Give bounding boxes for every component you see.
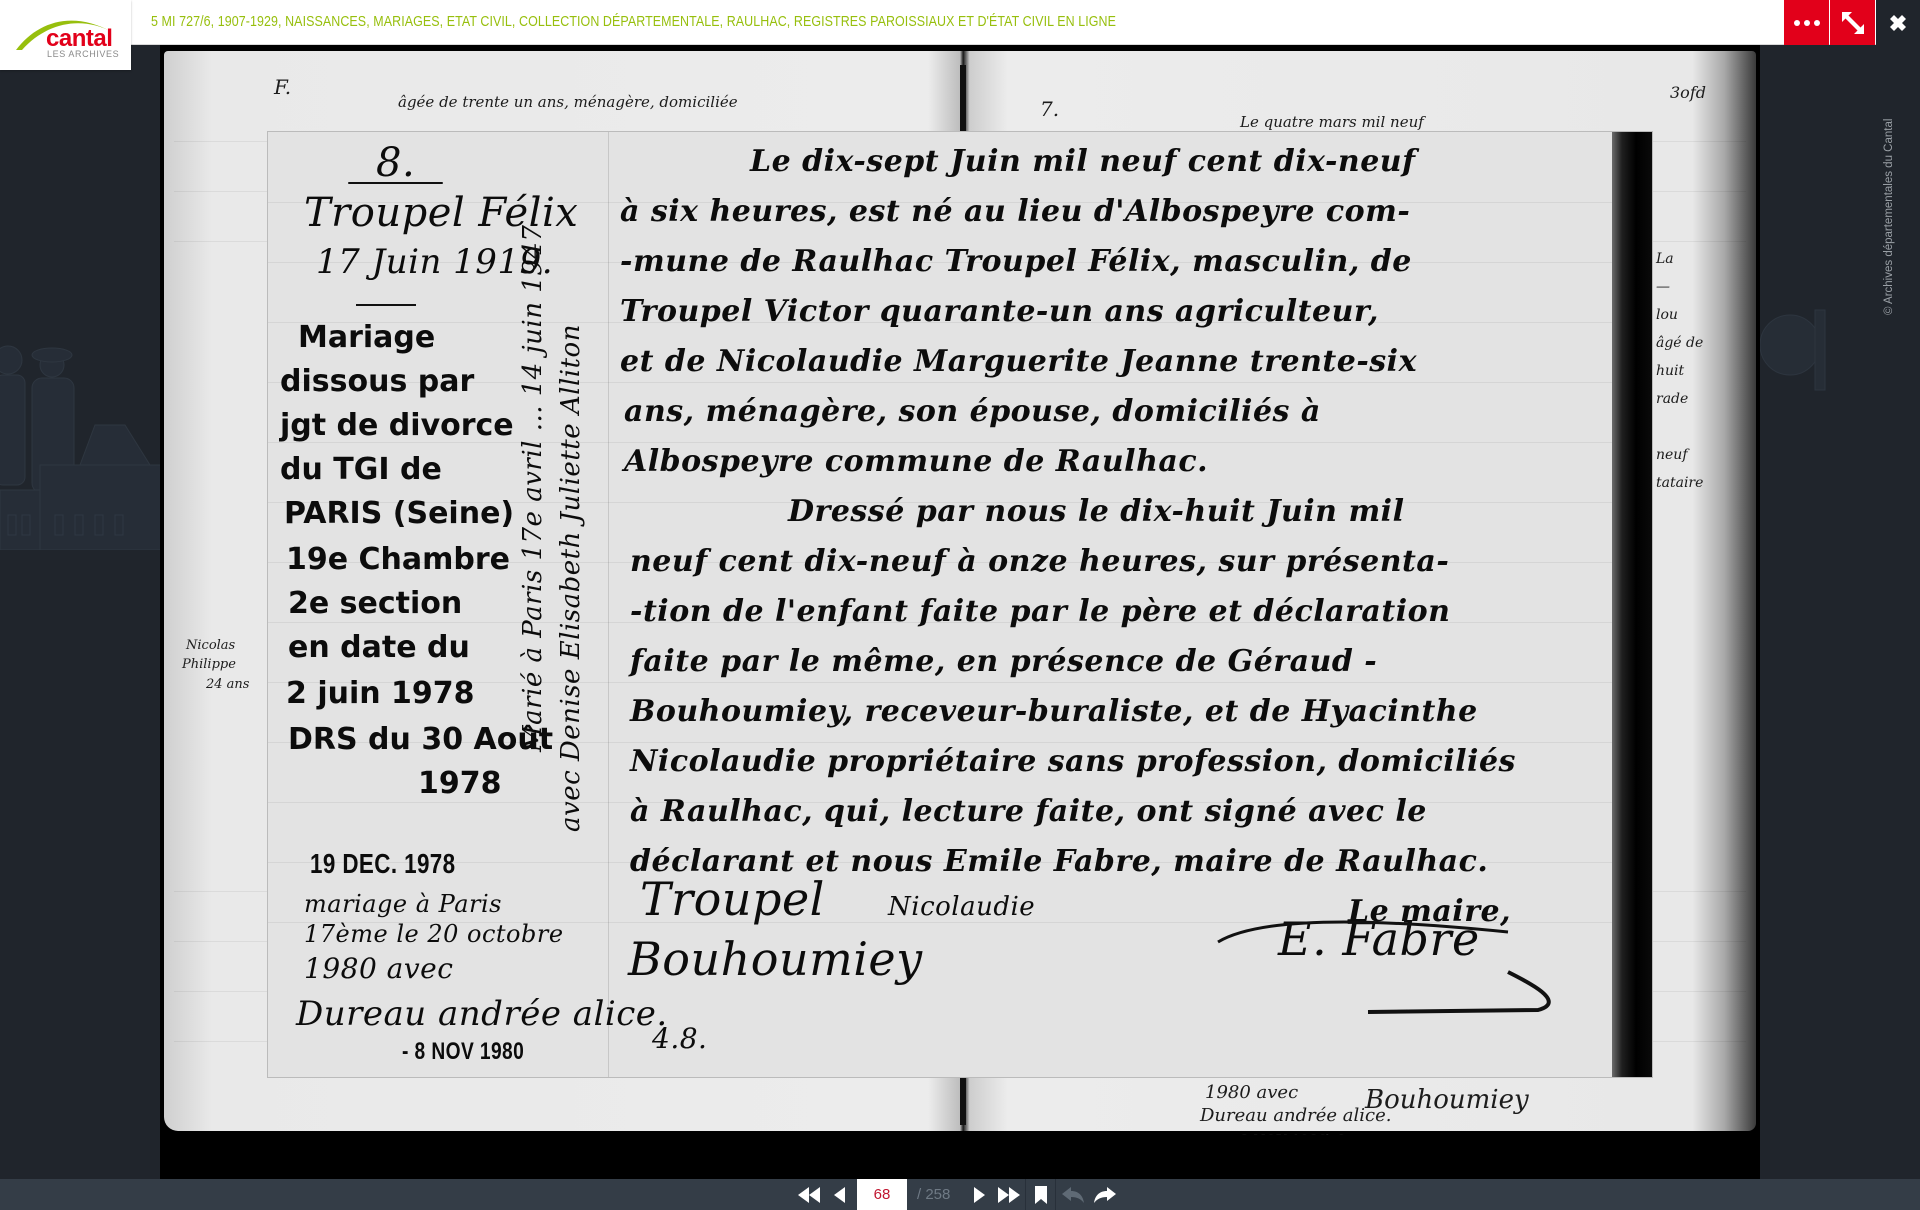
zoomed-act-crop[interactable]: 8. Troupel Félix 17 Juin 1919. Mariage d…: [268, 132, 1652, 1077]
marriage-note-line: 17ème le 20 octobre: [304, 920, 564, 948]
act-number: 8.: [376, 140, 415, 186]
margin-note: 24 ans: [206, 677, 249, 692]
margin-note-line: 19e Chambre: [286, 542, 510, 577]
act-body-line: neuf cent dix-neuf à onze heures, sur pr…: [630, 544, 1449, 579]
act-body-line: Le dix-sept Juin mil neuf cent dix-neuf: [750, 144, 1416, 179]
signature-flourish: [1208, 902, 1588, 1022]
first-page-icon: [798, 1187, 820, 1203]
act-body-line: Albospeyre commune de Raulhac.: [624, 444, 1208, 479]
bookmark-button[interactable]: [1030, 1179, 1052, 1210]
page-navigation-toolbar: / 258: [0, 1179, 1920, 1210]
page-mark: 3ofd: [1670, 83, 1706, 102]
archive-viewer: 5 MI 727/6, 1907-1929, NAISSANCES, MARIA…: [0, 0, 1920, 1210]
margin-note: Nicolas: [186, 638, 235, 653]
previous-page-button[interactable]: [828, 1179, 850, 1210]
margin-note-line: Mariage: [298, 320, 435, 355]
last-page-button[interactable]: [995, 1179, 1023, 1210]
close-button[interactable]: [1876, 0, 1920, 45]
signature: Bouhoumiey: [628, 932, 923, 986]
logo-subtitle: LES ARCHIVES: [47, 50, 119, 59]
act-body-line: Dressé par nous le dix-huit Juin mil: [788, 494, 1404, 529]
close-icon: [1886, 11, 1910, 35]
marriage-note-line: mariage à Paris: [304, 890, 502, 918]
date-stamp: 19 DEC. 1978: [310, 848, 456, 880]
undo-icon: [1062, 1187, 1084, 1203]
first-page-button[interactable]: [795, 1179, 823, 1210]
right-page-number: 7.: [1040, 97, 1059, 121]
bottom-note: 1980 avec: [1205, 1082, 1298, 1103]
vertical-margin-note: Marié à Paris 17e avril ... 14 juin 1947: [518, 225, 548, 752]
margin-note-line: PARIS (Seine): [284, 496, 514, 531]
crop-page-edge: [1612, 132, 1652, 1077]
background-illustration: [0, 320, 165, 550]
signature: Nicolaudie: [888, 892, 1035, 922]
act-body-line: -tion de l'enfant faite par le père et d…: [630, 594, 1450, 629]
margin-rule: [608, 132, 609, 1077]
signature: Troupel: [640, 872, 825, 926]
vertical-margin-note: avec Denise Elisabeth Juliette Alliton: [556, 324, 586, 832]
more-options-button[interactable]: [1784, 0, 1829, 45]
margin-note-line: 2 juin 1978: [286, 676, 475, 711]
date-stamp: - 8 NOV 1980: [402, 1038, 524, 1066]
last-page-icon: [998, 1187, 1020, 1203]
divider: [356, 304, 416, 306]
bottom-note: Dureau andrée alice.: [1200, 1105, 1392, 1126]
margin-note-line: jgt de divorce: [280, 408, 514, 443]
right-page-text: Le quatre mars mil neuf: [1240, 113, 1424, 131]
document-title: 5 MI 727/6, 1907-1929, NAISSANCES, MARIA…: [151, 13, 1116, 30]
act-body-line: et de Nicolaudie Marguerite Jeanne trent…: [620, 344, 1417, 379]
initials: 4.8.: [652, 1022, 707, 1055]
toolbar-divider: [1055, 1179, 1056, 1210]
margin-note-line: du TGI de: [280, 452, 442, 487]
act-body-line: Troupel Victor quarante-un ans agriculte…: [620, 294, 1379, 329]
previous-page-icon: [834, 1187, 845, 1203]
act-body-line: -mune de Raulhac Troupel Félix, masculin…: [620, 244, 1412, 279]
undo-button[interactable]: [1060, 1179, 1086, 1210]
logo-wordmark: cantal: [46, 27, 112, 51]
copyright-notice: © Archives départementales du Cantal: [1883, 55, 1895, 315]
bookmark-icon: [1035, 1186, 1047, 1204]
ellipsis-icon: [1794, 20, 1820, 26]
total-pages: / 258: [917, 1186, 950, 1203]
redo-icon: [1094, 1187, 1116, 1203]
margin-note: Philippe: [182, 657, 236, 672]
header-bar: 5 MI 727/6, 1907-1929, NAISSANCES, MARIA…: [0, 0, 1920, 45]
act-body-line: Bouhoumiey, receveur-buraliste, et de Hy…: [630, 694, 1478, 729]
toolbar-divider: [1025, 1179, 1026, 1210]
margin-note-line: DRS du 30 Août: [288, 722, 553, 757]
cantal-archives-logo[interactable]: cantal LES ARCHIVES: [0, 0, 131, 70]
margin-note-line: en date du: [288, 630, 470, 665]
margin-note-line: 2e section: [288, 586, 462, 621]
act-body-line: à Raulhac, qui, lecture faite, ont signé…: [630, 794, 1427, 829]
underline: [348, 182, 443, 184]
act-body-line: à six heures, est né au lieu d'Albospeyr…: [620, 194, 1410, 229]
next-page-icon: [974, 1187, 985, 1203]
fullscreen-button[interactable]: [1830, 0, 1875, 45]
margin-note-line: dissous par: [280, 364, 474, 399]
marriage-note-line: 1980 avec: [304, 952, 453, 985]
act-body-line: Nicolaudie propriétaire sans profession,…: [630, 744, 1516, 779]
act-body-line: faite par le même, en présence de Géraud…: [630, 644, 1377, 679]
redo-button[interactable]: [1092, 1179, 1118, 1210]
next-page-button[interactable]: [968, 1179, 990, 1210]
page-mark: F.: [274, 75, 291, 99]
expand-arrow-icon: [1839, 9, 1867, 37]
marriage-note-line: Dureau andrée alice.: [296, 994, 668, 1034]
right-page-margin: La—louâgé dehuitradeneuftataire: [1656, 245, 1746, 497]
margin-note-line: 1978: [418, 766, 502, 801]
act-body-line: ans, ménagère, son épouse, domiciliés à: [624, 394, 1321, 429]
left-page-text: âgée de trente un ans, ménagère, domicil…: [398, 93, 738, 111]
background-illustration: [1760, 290, 1845, 400]
current-page-input[interactable]: [857, 1179, 907, 1210]
page-shadow: [160, 1135, 1760, 1179]
